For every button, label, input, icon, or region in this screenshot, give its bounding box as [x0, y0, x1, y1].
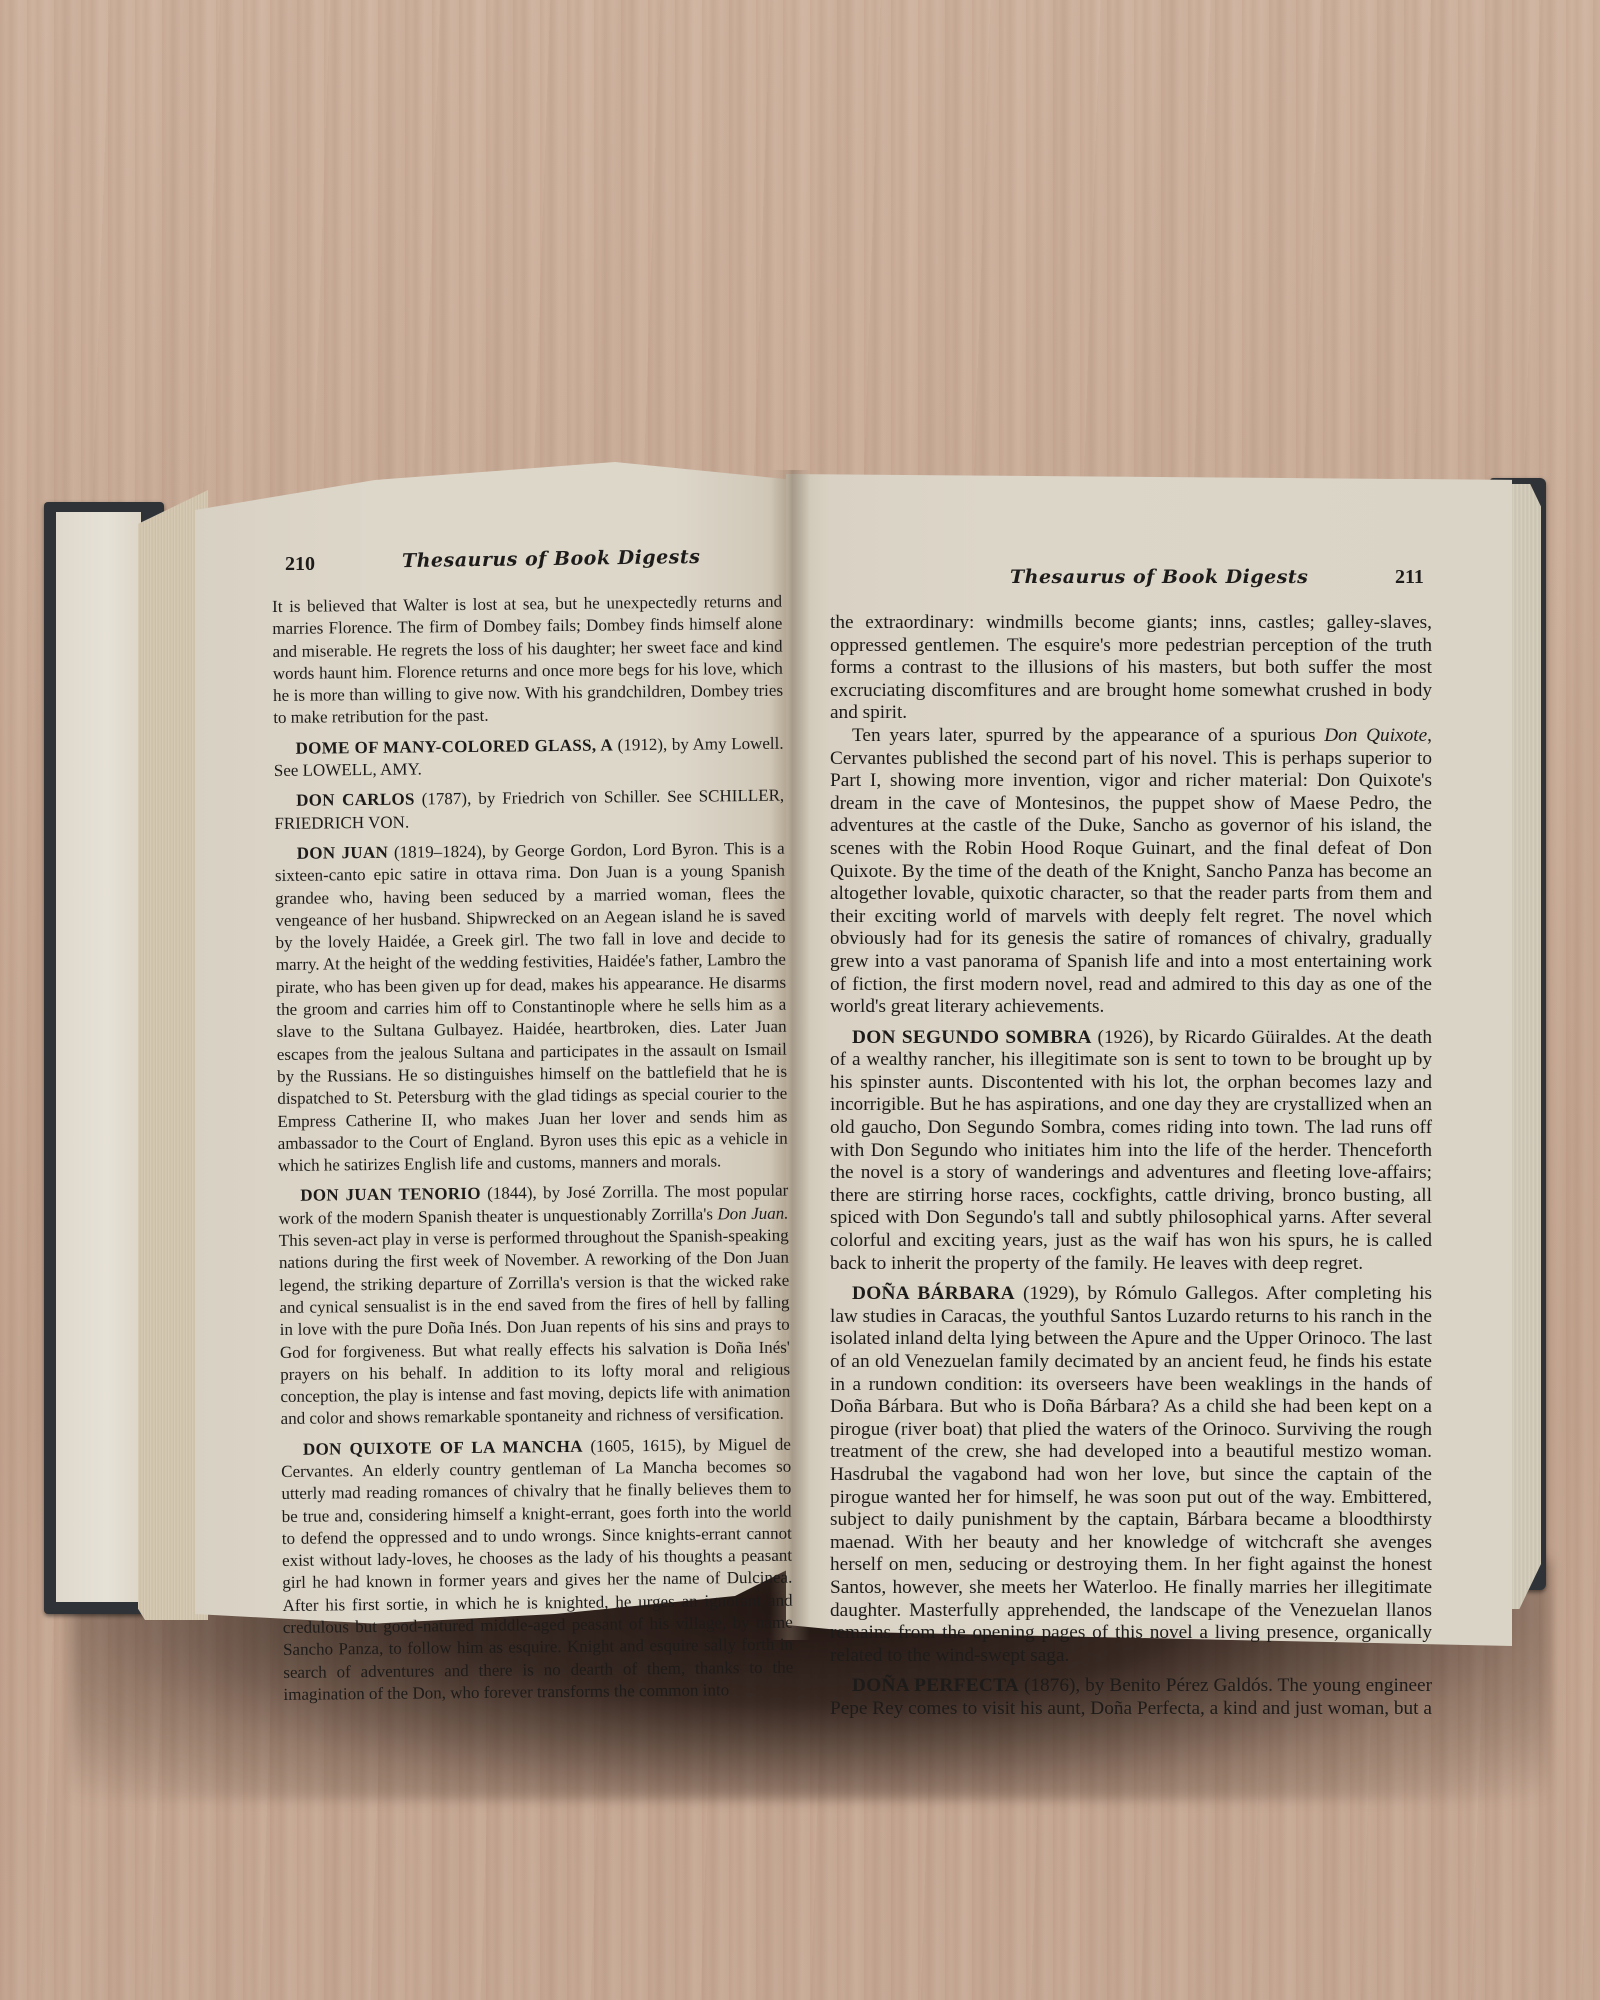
right-running-head: Thesaurus of Book Digests	[1010, 566, 1308, 588]
entry-headword: DON SEGUNDO SOMBRA	[852, 1027, 1092, 1048]
entry-headword: DON JUAN	[297, 843, 389, 863]
paragraph-text: Ten years later, spurred by the appearan…	[852, 725, 1324, 746]
left-running-head: Thesaurus of Book Digests	[402, 546, 701, 572]
left-page-number: 210	[285, 553, 315, 576]
entry-don-quixote: DON QUIXOTE OF LA MANCHA (1605, 1615), b…	[281, 1433, 794, 1706]
entry-body: (1929), by Rómulo Gallegos. After comple…	[830, 1283, 1432, 1666]
flyleaf	[56, 512, 141, 1602]
entry-headword: DON QUIXOTE OF LA MANCHA	[303, 1436, 583, 1458]
entry-don-juan: DON JUAN (1819–1824), by George Gordon, …	[275, 838, 788, 1178]
paragraph-text: , Cervantes published the second part of…	[830, 725, 1432, 1017]
left-page-text: It is believed that Walter is lost at se…	[272, 591, 794, 1715]
entry-body: (1605, 1615), by Miguel de Cervantes. An…	[281, 1434, 793, 1704]
paragraph: the extraordinary: windmills become gian…	[830, 612, 1432, 725]
entry-body: (1926), by Ricardo Güiraldes. At the dea…	[830, 1027, 1432, 1274]
entry-headword: DON CARLOS	[296, 790, 415, 810]
italic-title: Don Quixote	[1324, 725, 1427, 746]
paragraph: Ten years later, spurred by the appearan…	[830, 725, 1432, 1019]
right-page-number: 211	[1395, 566, 1424, 589]
paragraph: It is believed that Walter is lost at se…	[272, 591, 783, 730]
entry-headword: DOÑA PERFECTA	[852, 1675, 1019, 1696]
paragraph-text: It is believed that Walter is lost at se…	[272, 592, 783, 728]
entry-body: (1819–1824), by George Gordon, Lord Byro…	[275, 839, 788, 1175]
entry-italic-title: Don Juan.	[717, 1203, 788, 1223]
entry-don-carlos: DON CARLOS (1787), by Friedrich von Schi…	[274, 785, 784, 835]
paragraph-text: the extraordinary: windmills become gian…	[830, 612, 1432, 723]
entry-don-juan-tenorio: DON JUAN TENORIO (1844), by José Zorrill…	[278, 1180, 791, 1431]
entry-headword: DOME OF MANY-COLORED GLASS, A	[295, 735, 613, 757]
entry-headword: DON JUAN TENORIO	[300, 1184, 481, 1205]
entry-body: This seven-act play in verse is performe…	[279, 1226, 791, 1429]
entry-dona-barbara: DOÑA BÁRBARA (1929), by Rómulo Gallegos.…	[830, 1283, 1432, 1667]
entry-headword: DOÑA BÁRBARA	[852, 1283, 1015, 1304]
right-page-text: the extraordinary: windmills become gian…	[830, 612, 1432, 1729]
entry-don-segundo-sombra: DON SEGUNDO SOMBRA (1926), by Ricardo Gü…	[830, 1027, 1432, 1276]
entry-dome-of-many-colored-glass: DOME OF MANY-COLORED GLASS, A (1912), by…	[273, 732, 783, 782]
entry-dona-perfecta: DOÑA PERFECTA (1876), by Benito Pérez Ga…	[830, 1675, 1432, 1720]
